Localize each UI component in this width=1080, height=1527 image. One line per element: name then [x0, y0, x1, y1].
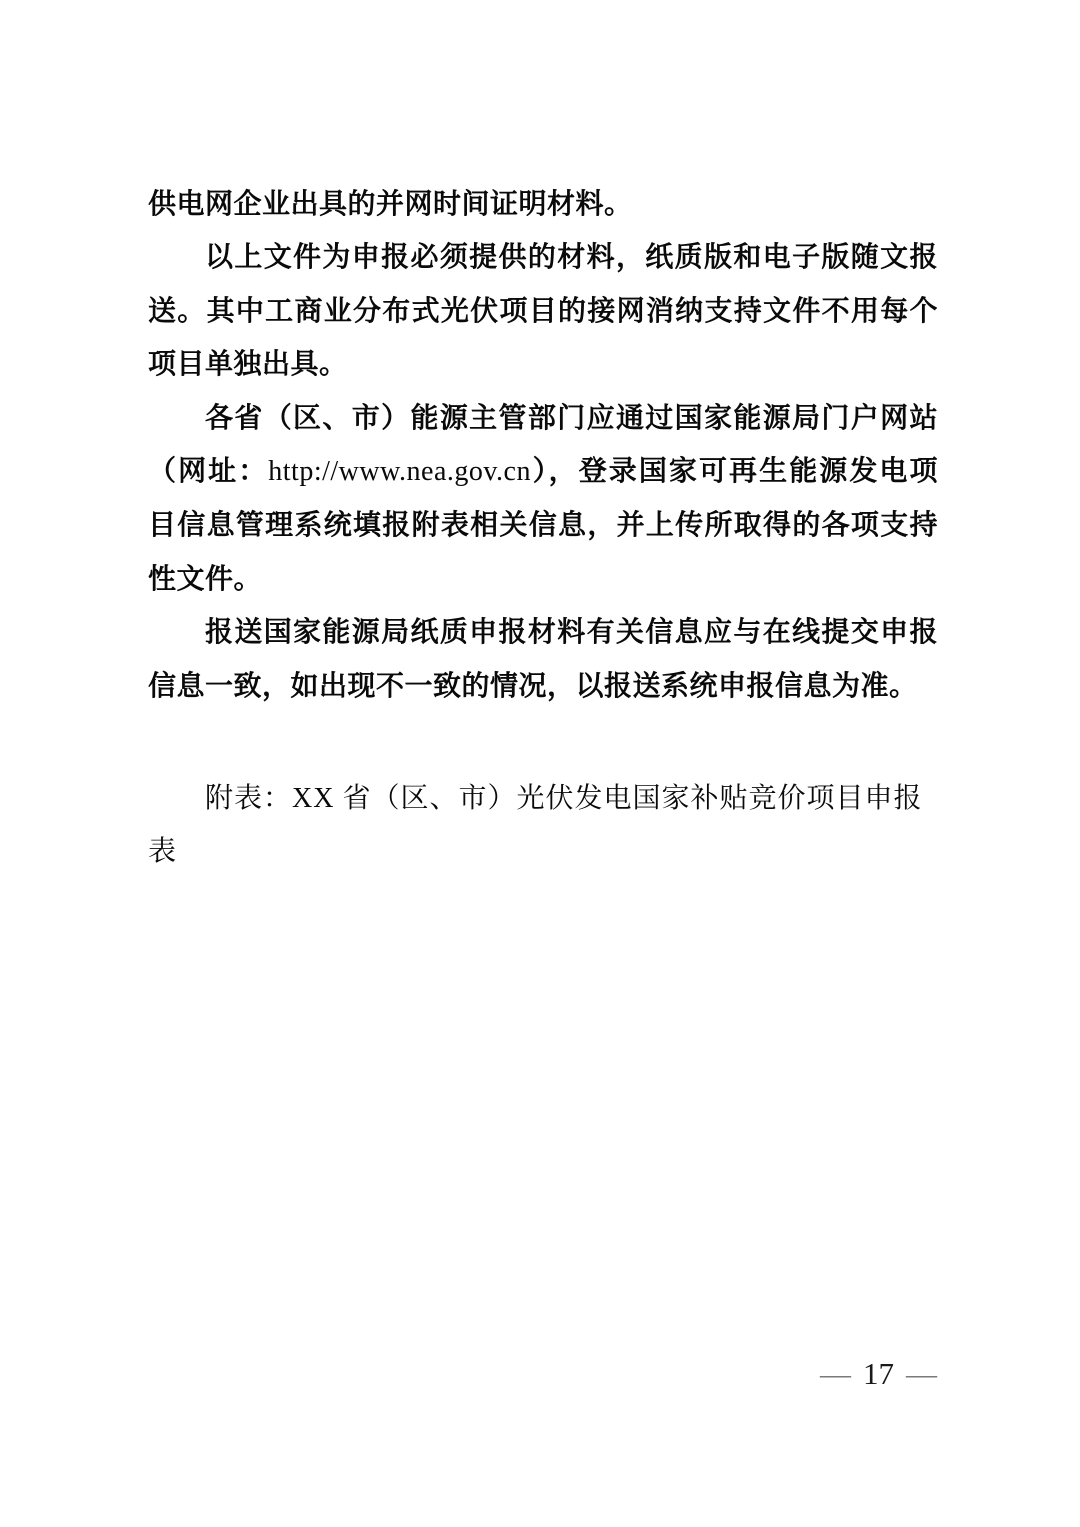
nea-website-url: http://www.nea.gov.cn [268, 456, 531, 487]
paragraph-continuation: 供电网企业出具的并网时间证明材料。 [148, 177, 938, 230]
page-number-value: 17 [863, 1356, 894, 1391]
page-number-dash-right: — [906, 1356, 937, 1391]
paragraph-consistency-rule: 报送国家能源局纸质申报材料有关信息应与在线提交申报信息一致，如出现不一致的情况，… [148, 605, 938, 712]
attachment-note: 附表：XX 省（区、市）光伏发电国家补贴竞价项目申报表 [148, 772, 938, 879]
paragraph-materials-requirement: 以上文件为申报必须提供的材料，纸质版和电子版随文报送。其中工商业分布式光伏项目的… [148, 230, 938, 390]
paragraph-reporting-system: 各省（区、市）能源主管部门应通过国家能源局门户网站（网址：http://www.… [148, 391, 938, 606]
page-number: —17— [820, 1357, 930, 1391]
document-page: 供电网企业出具的并网时间证明材料。 以上文件为申报必须提供的材料，纸质版和电子版… [0, 0, 1080, 1527]
attachment-prefix: 附表： [205, 783, 292, 814]
page-number-dash-left: — [820, 1356, 851, 1391]
attachment-placeholder: XX [292, 783, 334, 814]
body-text: 供电网企业出具的并网时间证明材料。 以上文件为申报必须提供的材料，纸质版和电子版… [148, 177, 938, 879]
